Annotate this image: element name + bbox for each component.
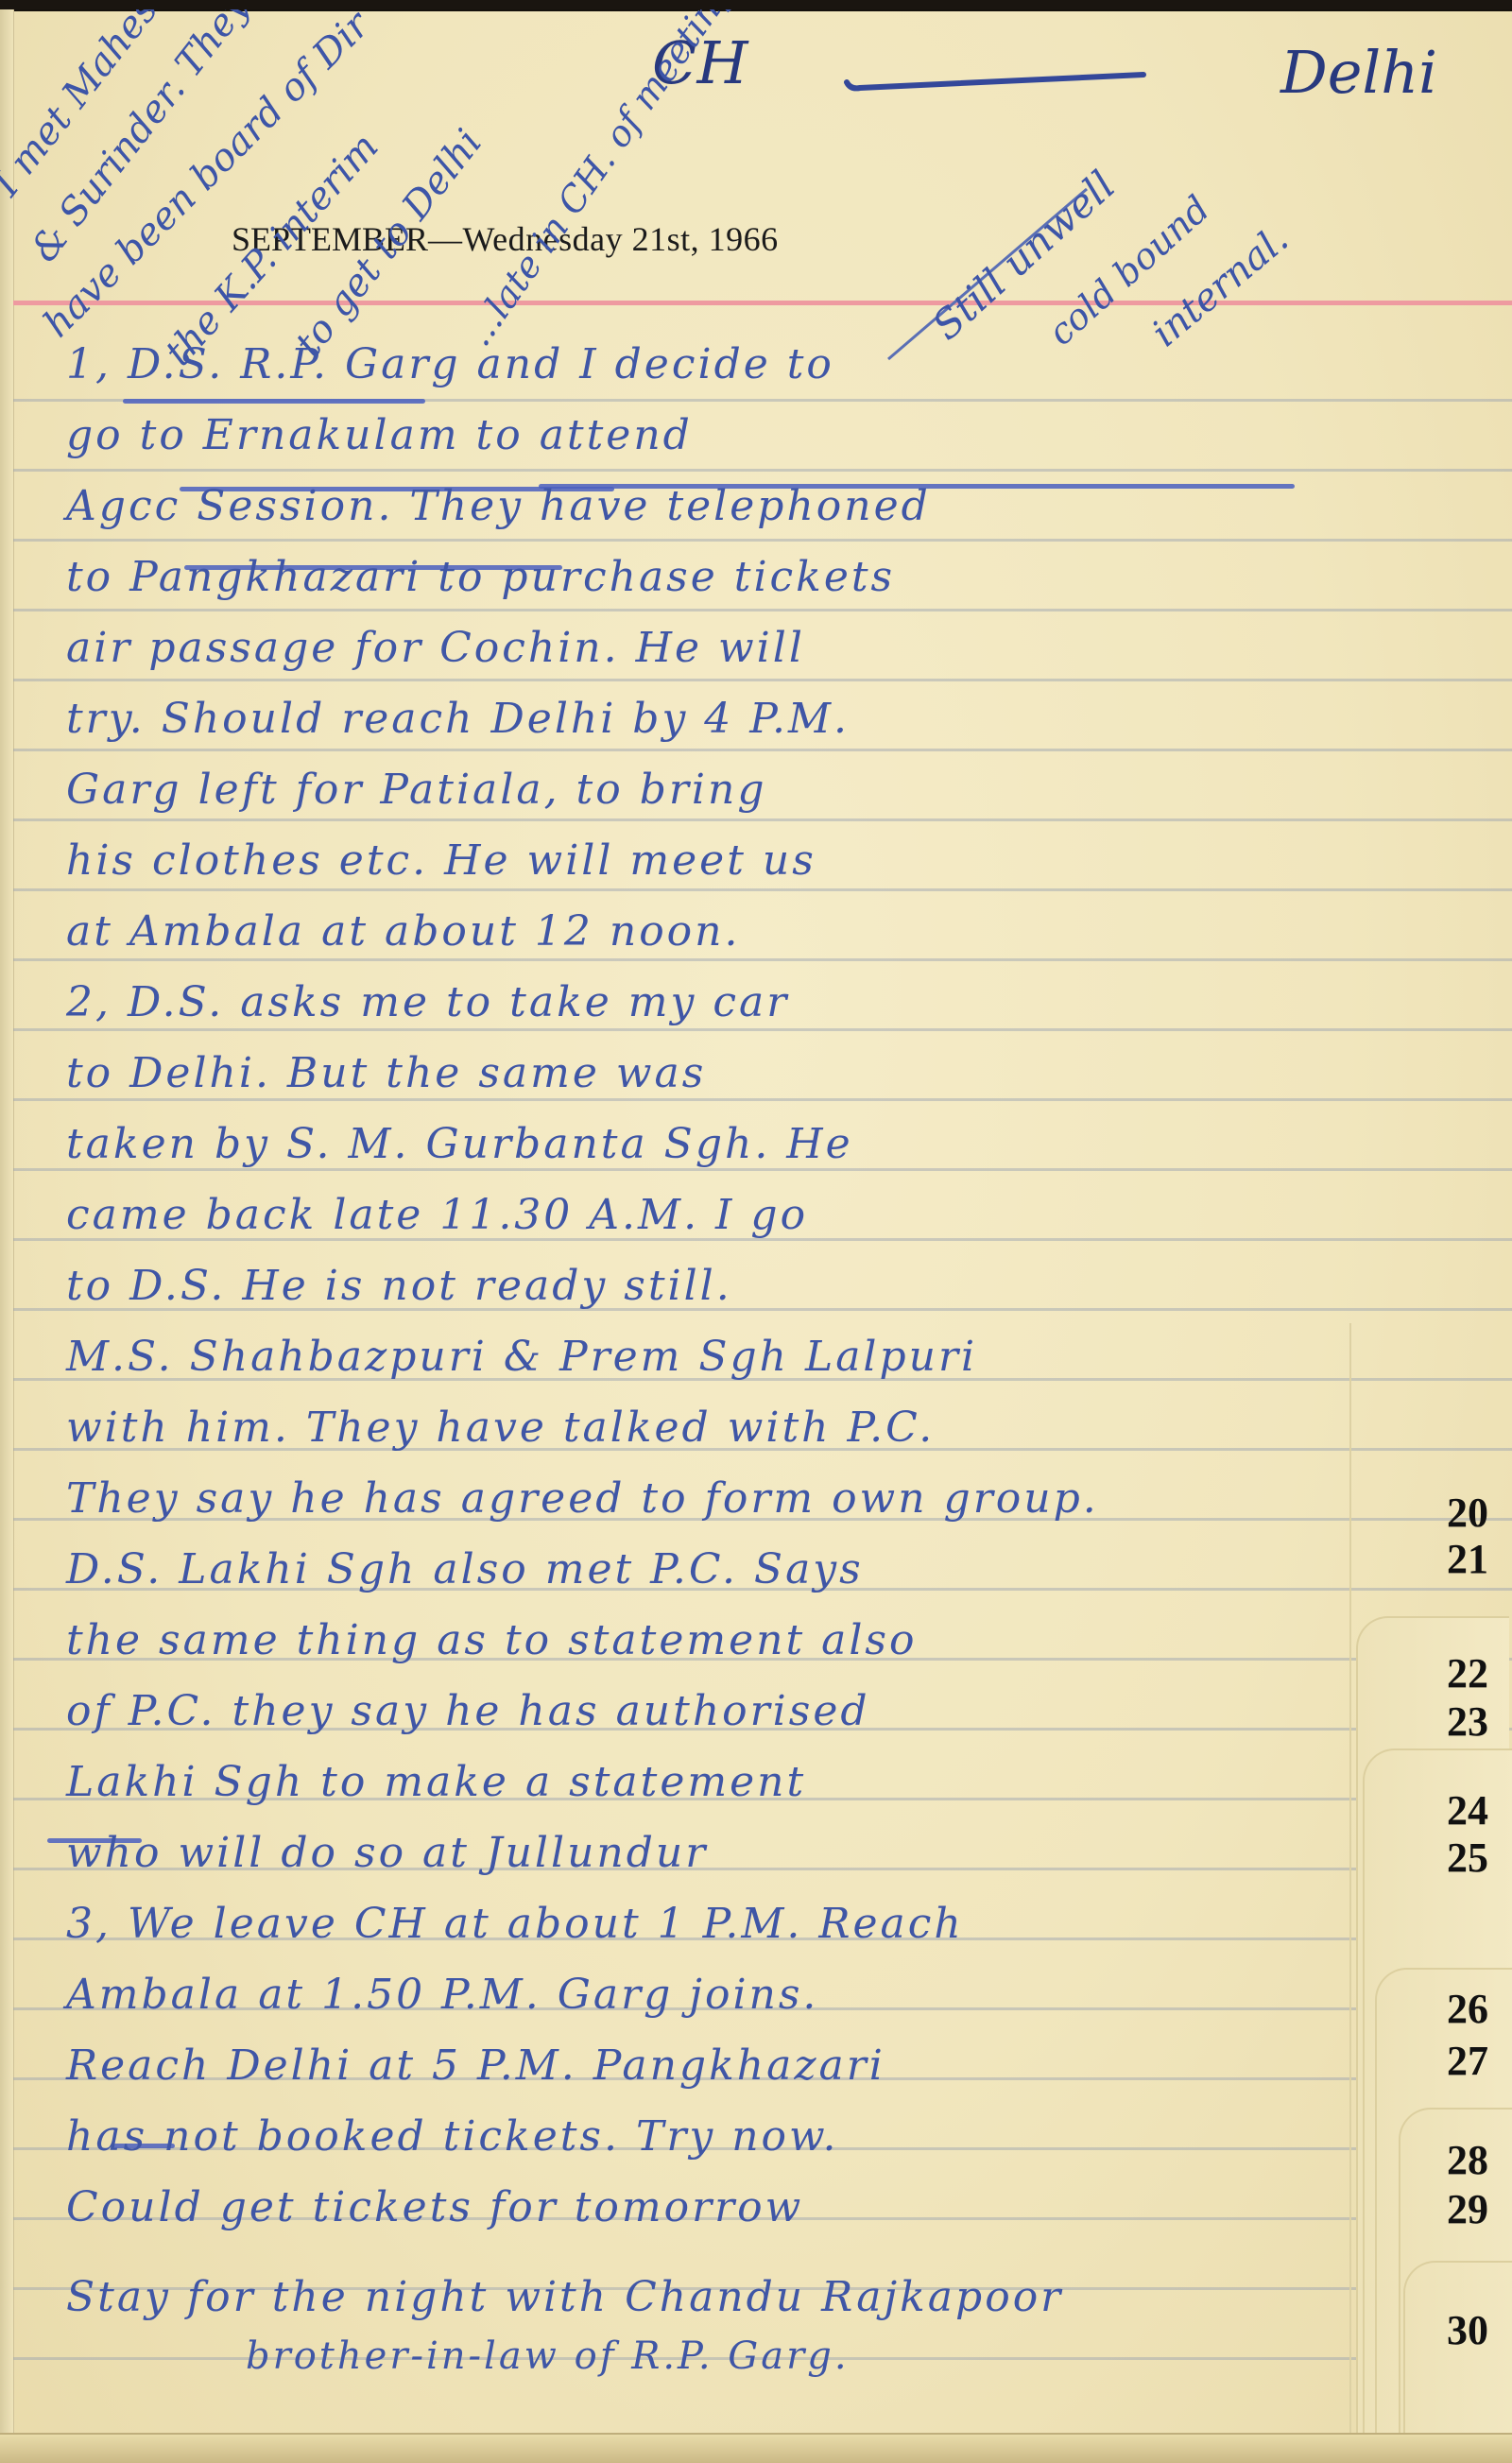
- diary-entry-line: Ambala at 1.50 P.M. Garg joins.: [66, 1971, 1323, 2019]
- route-arrow-line-icon: [841, 61, 1153, 99]
- date-tab-number[interactable]: 27: [1435, 2037, 1501, 2085]
- diary-entry-line: Garg left for Patiala, to bring: [66, 766, 1323, 814]
- header-weekday-date: Wednesday 21st,: [463, 220, 700, 258]
- date-tab-number[interactable]: 25: [1435, 1834, 1501, 1882]
- date-tab-number[interactable]: 28: [1435, 2136, 1501, 2184]
- diary-entry-line: air passage for Cochin. He will: [66, 624, 1323, 672]
- date-tab-number[interactable]: 26: [1435, 1985, 1501, 2033]
- diary-entry-line: with him. They have talked with P.C.: [66, 1404, 1323, 1452]
- header-separator: —: [428, 220, 463, 258]
- diary-entry-line: at Ambala at about 12 noon.: [66, 907, 1323, 956]
- underline-mark: [123, 399, 425, 404]
- diary-page: SEPTEMBER—Wednesday 21st, 1966 CH Delhi …: [0, 9, 1512, 2463]
- diary-entry-line: 3, We leave CH at about 1 P.M. Reach: [66, 1900, 1323, 1948]
- diary-entry-line: of P.C. they say he has authorised: [66, 1687, 1323, 1735]
- diary-entry-line: to Pangkhazari to purchase tickets: [66, 553, 1323, 601]
- diary-entry-line: M.S. Shahbazpuri & Prem Sgh Lalpuri: [66, 1333, 1323, 1381]
- diary-entry-line: Reach Delhi at 5 P.M. Pangkhazari: [66, 2041, 1323, 2090]
- date-tab-number[interactable]: 21: [1435, 1535, 1501, 1583]
- diary-entry-line: has not booked tickets. Try now.: [66, 2112, 1323, 2161]
- ruled-line: [13, 749, 1512, 751]
- diary-entry-line: They say he has agreed to form own group…: [66, 1474, 1323, 1523]
- diary-entry-line: brother-in-law of R.P. Garg.: [246, 2334, 1503, 2378]
- header-year: 1966: [709, 220, 779, 258]
- diary-entry-line: to Delhi. But the same was: [66, 1049, 1323, 1097]
- ruled-line: [13, 539, 1512, 542]
- date-tab-number[interactable]: 29: [1435, 2185, 1501, 2233]
- date-tab-number[interactable]: 30: [1435, 2306, 1501, 2354]
- diary-entry-line: Stay for the night with Chandu Rajkapoor: [66, 2273, 1323, 2321]
- ruled-line: [13, 1028, 1512, 1031]
- ruled-line: [13, 818, 1512, 821]
- diary-entry-line: taken by S. M. Gurbanta Sgh. He: [66, 1120, 1323, 1168]
- diary-entry-line: who will do so at Jullundur: [66, 1829, 1323, 1877]
- diary-entry-line: go to Ernakulam to attend: [66, 411, 1323, 459]
- ruled-line: [13, 609, 1512, 611]
- page-bottom-edge: [0, 2433, 1512, 2463]
- diary-entry-line: Could get tickets for tomorrow: [66, 2183, 1323, 2231]
- date-tab-number[interactable]: 22: [1435, 1649, 1501, 1697]
- ruled-line: [13, 1168, 1512, 1171]
- diary-entry-line: 2, D.S. asks me to take my car: [66, 978, 1323, 1026]
- diary-entry-line: Lakhi Sgh to make a statement: [66, 1758, 1323, 1806]
- ruled-line: [13, 469, 1512, 472]
- route-to: Delhi: [1280, 38, 1437, 107]
- ruled-line: [13, 679, 1512, 681]
- ruled-line: [13, 888, 1512, 891]
- ruled-line: [13, 1098, 1512, 1101]
- diary-entry-line: D.S. Lakhi Sgh also met P.C. Says: [66, 1545, 1323, 1593]
- date-tab-number[interactable]: 20: [1435, 1489, 1501, 1537]
- diary-entry-line: came back late 11.30 A.M. I go: [66, 1191, 1323, 1239]
- page-binding: [0, 9, 14, 2463]
- ruled-line: [13, 958, 1512, 961]
- date-tab-number[interactable]: 23: [1435, 1697, 1501, 1746]
- diary-entry-line: Agcc Session. They have telephoned: [66, 482, 1323, 530]
- diary-entry-line: his clothes etc. He will meet us: [66, 836, 1323, 885]
- date-tab-number[interactable]: 24: [1435, 1786, 1501, 1834]
- diary-entry-line: to D.S. He is not ready still.: [66, 1262, 1323, 1310]
- diary-entry-line: 1, D.S. R.P. Garg and I decide to: [66, 340, 1323, 388]
- diary-entry-line: try. Should reach Delhi by 4 P.M.: [66, 695, 1323, 743]
- diary-entry-line: the same thing as to statement also: [66, 1616, 1323, 1664]
